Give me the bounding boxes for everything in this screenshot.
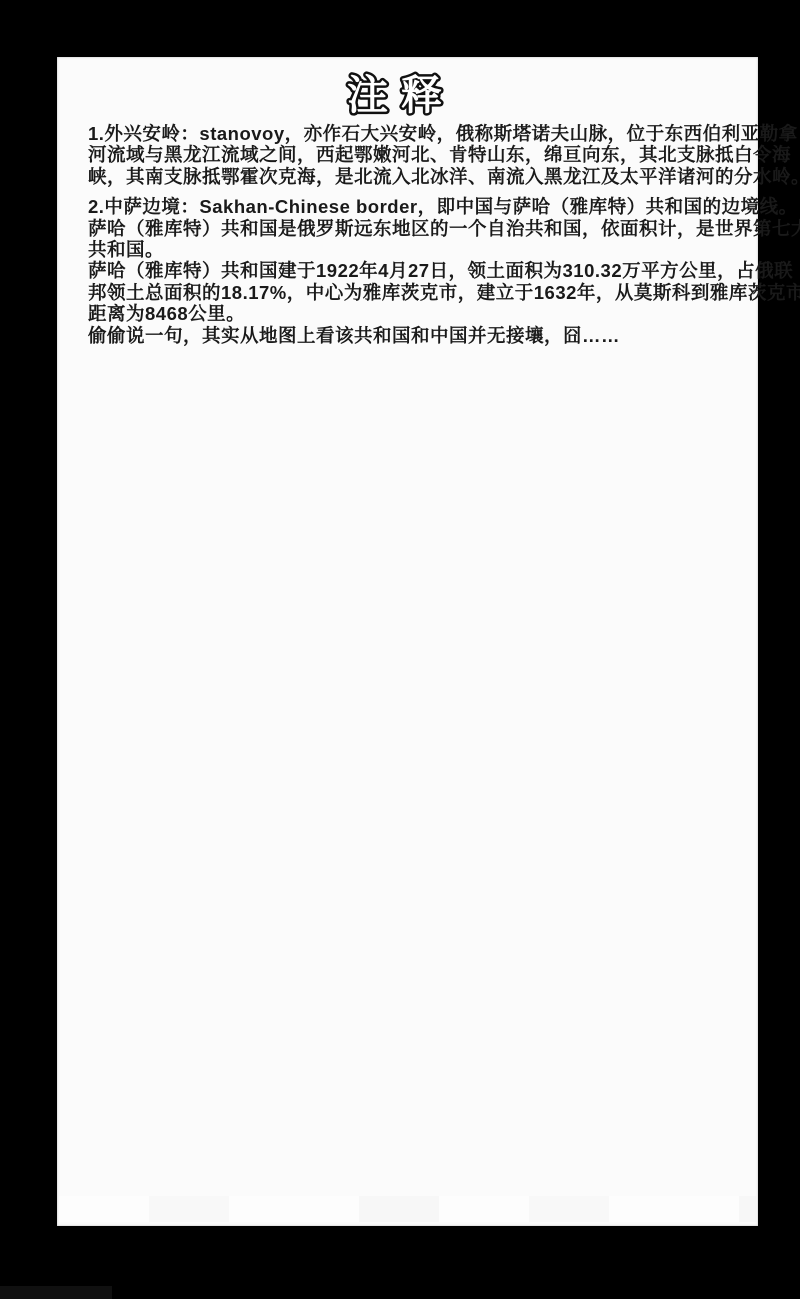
scan-artifact-band: [59, 1196, 756, 1222]
note-line: 距离为8468公里。: [88, 303, 728, 324]
note-line: 2.中萨边境：Sakhan-Chinese border，即中国与萨哈（雅库特）…: [88, 196, 728, 217]
note-line: 萨哈（雅库特）共和国建于1922年4月27日，领土面积为310.32万平方公里，…: [88, 260, 728, 281]
note-paragraph-1: 1.外兴安岭：stanovoy，亦作石大兴安岭，俄称斯塔诺夫山脉，位于东西伯利亚…: [88, 123, 728, 187]
note-line: 河流域与黑龙江流域之间，西起鄂嫩河北、肯特山东，绵亘向东，其北支脉抵白令海: [88, 144, 728, 165]
note-line: 萨哈（雅库特）共和国是俄罗斯远东地区的一个自治共和国，依面积计，是世界第七大: [88, 218, 728, 239]
note-line: 峡，其南支脉抵鄂霍次克海，是北流入北冰洋、南流入黑龙江及太平洋诸河的分水岭。: [88, 166, 728, 187]
page-title: 注释: [347, 72, 455, 118]
notes-page: 注释 1.外兴安岭：stanovoy，亦作石大兴安岭，俄称斯塔诺夫山脉，位于东西…: [57, 57, 758, 1226]
note-line: 偷偷说一句，其实从地图上看该共和国和中国并无接壤，囧……: [88, 325, 728, 346]
note-line: 共和国。: [88, 239, 728, 260]
page-title-wrap: 注释: [57, 65, 758, 130]
note-body: 1.外兴安岭：stanovoy，亦作石大兴安岭，俄称斯塔诺夫山脉，位于东西伯利亚…: [88, 123, 728, 355]
note-line: 邦领土总面积的18.17%，中心为雅库茨克市，建立于1632年，从莫斯科到雅库茨…: [88, 282, 728, 303]
page-title-bubble-text: 注释: [57, 65, 758, 125]
note-paragraph-2: 2.中萨边境：Sakhan-Chinese border，即中国与萨哈（雅库特）…: [88, 196, 728, 346]
scan-corner-smudge: [0, 1286, 112, 1299]
note-line: 1.外兴安岭：stanovoy，亦作石大兴安岭，俄称斯塔诺夫山脉，位于东西伯利亚…: [88, 123, 728, 144]
